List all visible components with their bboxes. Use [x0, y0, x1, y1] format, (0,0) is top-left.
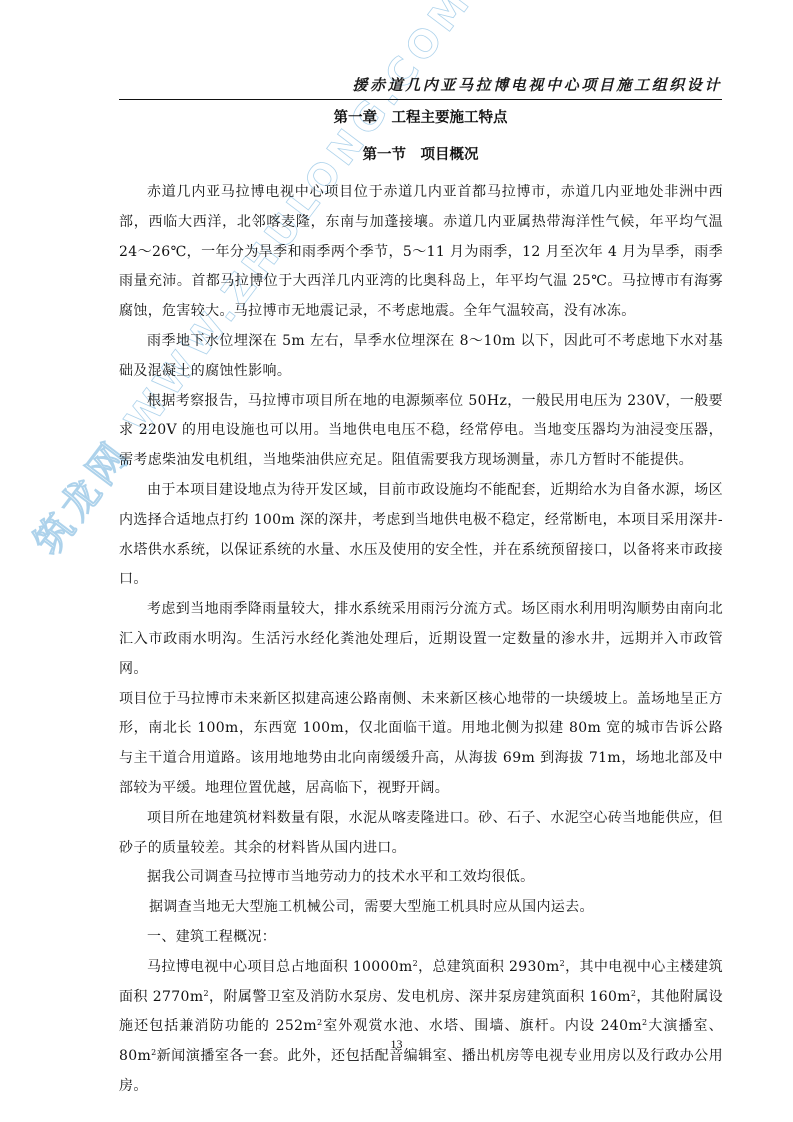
- header-divider: [119, 99, 722, 100]
- paragraph-groundwater: 雨季地下水位埋深在 5m 左右，旱季水位埋深在 8～10m 以下，因此可不考虑地…: [119, 327, 723, 387]
- paragraph-drainage: 考虑到当地雨季降雨量较大，排水系统采用雨污分流方式。场区雨水利用明沟顺势由南向北…: [119, 595, 723, 684]
- section-title: 第一节 项目概况: [119, 143, 722, 164]
- paragraph-location-climate: 赤道几内亚马拉博电视中心项目位于赤道几内亚首都马拉博市，赤道几内亚地处非洲中西部…: [119, 178, 723, 327]
- paragraph-water-supply: 由于本项目建设地点为待开发区域，目前市政设施均不能配套，近期给水为自备水源，场区…: [119, 476, 723, 595]
- subsection-heading-building-overview: 一、建筑工程概况：: [119, 923, 723, 953]
- paragraph-building-overview: 马拉博电视中心项目总占地面积 10000m2，总建筑面积 2930m2，其中电视…: [119, 953, 723, 1102]
- document-page: 筑龙网 WWW.ZHULONG.COM 援赤道几内亚马拉博电视中心项目施工组织设…: [0, 0, 793, 1122]
- paragraph-machinery: 据调查当地无大型施工机械公司，需要大型施工机具时应从国内运去。: [119, 893, 723, 923]
- paragraph-labor: 据我公司调查马拉博市当地劳动力的技术水平和工效均很低。: [119, 863, 723, 893]
- chapter-title: 第一章 工程主要施工特点: [119, 106, 722, 127]
- paragraph-power-supply: 根据考察报告，马拉博市项目所在地的电源频率位 50Hz，一般民用电压为 230V…: [119, 387, 723, 476]
- paragraph-materials: 项目所在地建筑材料数量有限，水泥从喀麦隆进口。砂、石子、水泥空心砖当地能供应，但…: [119, 804, 723, 864]
- body-text: 赤道几内亚马拉博电视中心项目位于赤道几内亚首都马拉博市，赤道几内亚地处非洲中西部…: [119, 178, 723, 1102]
- paragraph-site: 项目位于马拉博市未来新区拟建高速公路南侧、未来新区核心地带的一块缓坡上。盖场地呈…: [119, 685, 723, 804]
- running-header: 援赤道几内亚马拉博电视中心项目施工组织设计: [119, 74, 722, 100]
- page-number: 13: [0, 1037, 793, 1052]
